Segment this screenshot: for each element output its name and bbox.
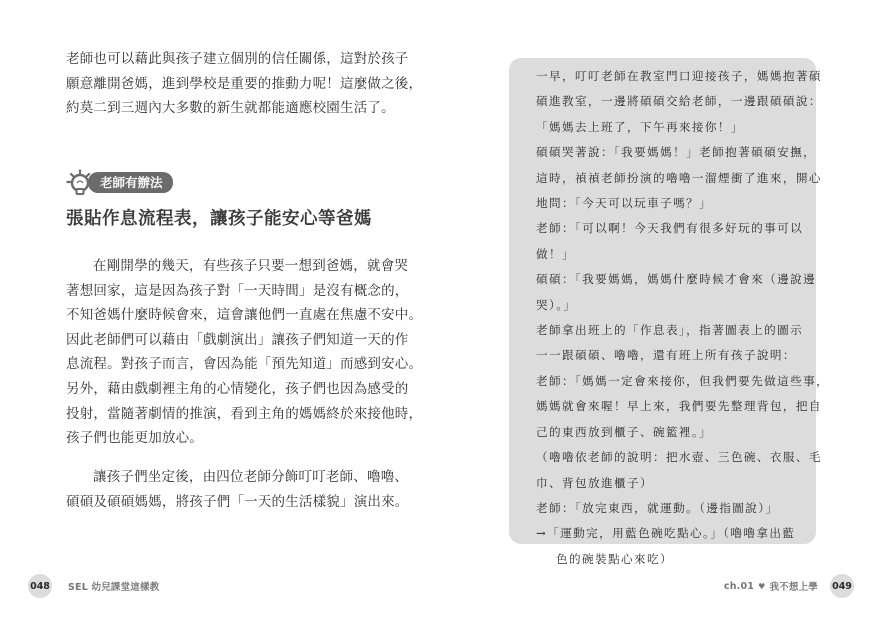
text-line: 投射，當隨著劇情的推演，看到主角的媽媽終於來接他時， (66, 402, 386, 427)
chapter-label: ch.01 ♥ 我不想上學 (724, 579, 818, 593)
story-line: 色的碗裝點心來吃） (536, 547, 816, 572)
text-line: 讓孩子們坐定後，由四位老師分飾叮叮老師、嚕嚕、 (66, 465, 386, 490)
body-paragraph-2: 讓孩子們坐定後，由四位老師分飾叮叮老師、嚕嚕、 碩碩及碩碩媽媽，將孩子們「一天的… (66, 465, 386, 514)
story-line: 這時，禎禎老師扮演的嚕嚕一溜煙衝了進來，開心 (536, 166, 816, 191)
story-line: 一一跟碩碩、嚕嚕，還有班上所有孩子說明： (536, 343, 816, 368)
chapter-title: 我不想上學 (769, 579, 818, 593)
body-paragraph-1: 在剛開學的幾天，有些孩子只要一想到爸媽，就會哭 著想回家，這是因為孩子對「一天時… (66, 254, 386, 451)
text-line: 不知爸媽什麼時候會來，這會讓他們一直處在焦慮不安中。 (66, 303, 386, 328)
story-line: 老師拿出班上的「作息表」，指著圖表上的圖示 (536, 318, 816, 343)
footer-right: ch.01 ♥ 我不想上學 049 (724, 574, 854, 598)
book-title: SEL 幼兒課堂這樣教 (68, 579, 159, 593)
text-line: 息流程。對孩子而言，會因為能「預先知道」而感到安心。 (66, 352, 386, 377)
story-line: 一早，叮叮老師在教室門口迎接孩子，媽媽抱著碩 (536, 64, 816, 89)
story-line: 哭）。」 (536, 293, 816, 318)
text-line: 另外，藉由戲劇裡主角的心情變化，孩子們也因為感受的 (66, 377, 386, 402)
text-line: 碩碩及碩碩媽媽，將孩子們「一天的生活樣貌」演出來。 (66, 490, 386, 515)
story-line: 己的東西放到櫃子、碗籃裡。」 (536, 420, 816, 445)
story-line: 老師：「媽媽一定會來接你，但我們要先做這些事， (536, 369, 816, 394)
story-line: 巾、背包放進櫃子） (536, 471, 816, 496)
story-line: 做！」 (536, 242, 816, 267)
story-line: 「媽媽去上班了，下午再來接你！」 (536, 115, 816, 140)
text-line: 在剛開學的幾天，有些孩子只要一想到爸媽，就會哭 (66, 254, 386, 279)
story-line: 碩進教室，一邊將碩碩交給老師，一邊跟碩碩說： (536, 89, 816, 114)
text-line: 著想回家，這是因為孩子對「一天時間」是沒有概念的， (66, 279, 386, 304)
story-line: →「運動完，用藍色碗吃點心。」（嚕嚕拿出藍 (536, 521, 816, 546)
page-number: 049 (830, 574, 854, 598)
text-line: 老師也可以藉此與孩子建立個別的信任關係，這對於孩子 (66, 47, 386, 72)
text-line: 約莫二到三週內大多數的新生就都能適應校園生活了。 (66, 96, 386, 121)
page-number: 048 (28, 574, 52, 598)
story-line: 碩碩哭著說：「我要媽媽！」老師抱著碩碩安撫， (536, 140, 816, 165)
intro-paragraph: 老師也可以藉此與孩子建立個別的信任關係，這對於孩子 願意離開爸媽，進到學校是重要… (66, 47, 386, 121)
story-line: 老師：「可以啊！今天我們有很多好玩的事可以 (536, 216, 816, 241)
chapter-number: ch.01 (724, 581, 754, 592)
story-line: 地問：「今天可以玩車子嗎？」 (536, 191, 816, 216)
footer-left: 048 SEL 幼兒課堂這樣教 (28, 574, 159, 598)
tip-badge: 老師有辦法 (66, 170, 173, 195)
text-line: 孩子們也能更加放心。 (66, 426, 386, 451)
story-line: 碩碩：「我要媽媽，媽媽什麼時候才會來（邊說邊 (536, 267, 816, 292)
story-line: 媽媽就會來喔！早上來，我們要先整理背包，把自 (536, 394, 816, 419)
lightbulb-icon (66, 169, 94, 197)
tip-badge-label: 老師有辦法 (88, 172, 173, 193)
section-title: 張貼作息流程表，讓孩子能安心等爸媽 (66, 205, 372, 230)
text-line: 願意離開爸媽，進到學校是重要的推動力呢！這麼做之後， (66, 72, 386, 97)
story-line: 老師：「放完東西，就運動。（邊指圖說）」 (536, 496, 816, 521)
text-line: 因此老師們可以藉由「戲劇演出」讓孩子們知道一天的作 (66, 328, 386, 353)
left-page: 老師也可以藉此與孩子建立個別的信任關係，這對於孩子 願意離開爸媽，進到學校是重要… (0, 0, 441, 625)
right-page: 一早，叮叮老師在教室門口迎接孩子，媽媽抱著碩 碩進教室，一邊將碩碩交給老師，一邊… (441, 0, 882, 625)
story-box: 一早，叮叮老師在教室門口迎接孩子，媽媽抱著碩 碩進教室，一邊將碩碩交給老師，一邊… (509, 58, 816, 544)
story-line: （嚕嚕依老師的說明：把水壺、三色碗、衣服、毛 (536, 445, 816, 470)
heart-icon: ♥ (758, 582, 765, 591)
